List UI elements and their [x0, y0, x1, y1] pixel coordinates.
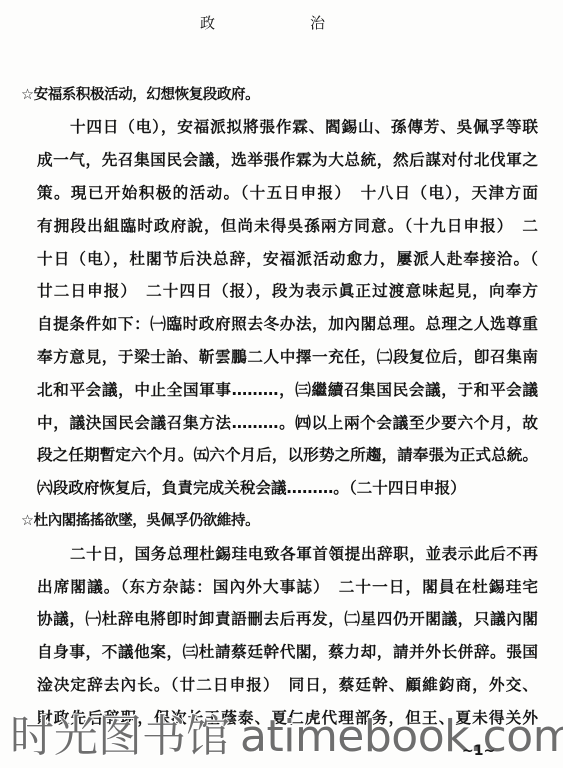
text-line: 自提条件如下：㈠臨时政府照去冬办法，加內閣总理。总理之人选尊重 [37, 308, 538, 341]
text-line: 淦决定辞去內长。（廿二日申报） 同日，蔡廷幹、顧維鈞商，外交、 [37, 669, 538, 702]
text-line: 奉方意見，于梁士詒、靳雲鵬二人中擇一充任，㈡段复位后，卽召集南 [37, 341, 538, 374]
text-line: 策。現已开始积极的活动。（十五日申报） 十八日（电），天津方面 [37, 177, 538, 210]
section-heading: ☆安福系积极活动，幻想恢复段政府。 [21, 79, 563, 112]
page-header-left: 政 [200, 13, 215, 33]
text-line: 出席閣議。（东方杂誌：国內外大事誌） 二十一日，閣員在杜錫珪宅 [37, 571, 538, 604]
watermark-cjk: 时光图书馆 [10, 711, 230, 762]
text-line: 自身事，不議他案，㈢杜請蔡廷幹代閣，蔡力却，請并外长併辞。張国 [37, 636, 538, 669]
text-line: 成一气，先召集国民会議，选举張作霖为大总統，然后謀对付北伐軍之 [37, 144, 538, 177]
section-heading: ☆杜內閣搖搖欲墜，吳佩孚仍欲維持。 [21, 505, 563, 538]
document-body: ☆安福系积极活动，幻想恢复段政府。 十四日（电），安福派拟將張作霖、閻錫山、孫傳… [0, 79, 563, 735]
text-line: 十日（电），杜閣节后決总辞，安福派活动愈力，屢派人赴奉接洽。（ [37, 243, 538, 276]
page-header-right: 治 [310, 13, 325, 33]
text-line: ㈥段政府恢复后，負責完成关稅会議………。（二十四日申报） [37, 472, 538, 505]
text-line: 十四日（电），安福派拟將張作霖、閻錫山、孫傳芳、吳佩孚等联 [70, 111, 538, 144]
page-number: ~1~ [462, 742, 495, 760]
watermark-url: atimebook.com [240, 711, 563, 762]
text-line: 协議，㈠杜辞电將卽时卸責語刪去后再发，㈡星四仍开閣議，只議內閣 [37, 603, 538, 636]
text-line: 二十日，国务总理杜錫珪电致各軍首領提出辞职，並表示此后不再 [70, 538, 538, 571]
text-line: 北和平会議，中止全国軍事………，㈢繼續召集国民会議，于和平会議 [37, 374, 538, 407]
text-line: 中，議決国民会議召集方法………。㈣以上兩个会議至少要六个月，故 [37, 407, 538, 440]
page-header: 政 治 [0, 13, 563, 33]
text-line: 段之任期暫定六个月。㈤六个月后，以形势之所趨，請奉張为正式总統。 [37, 439, 538, 472]
text-line: 廿二日申报） 二十四日（报），段为表示眞正过渡意味起見，向奉方 [37, 275, 538, 308]
text-line: 有拥段出組臨时政府說，但尚未得吳孫兩方同意。（十九日申报） 二 [37, 210, 538, 243]
